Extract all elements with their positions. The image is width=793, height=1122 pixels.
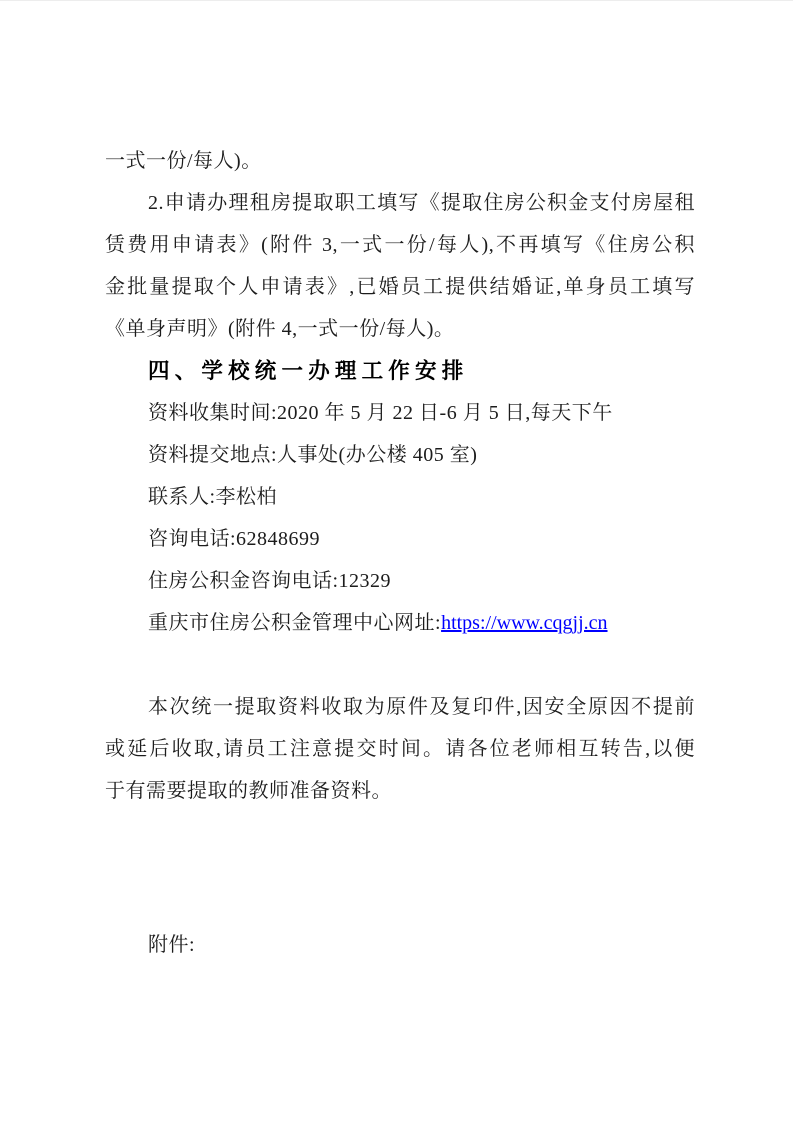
attachment-label: 附件: — [105, 924, 695, 966]
document-page: 一式一份/每人)。 2.申请办理租房提取职工填写《提取住房公积金支付房屋租 赁费… — [0, 0, 793, 1122]
blank-space — [105, 812, 695, 924]
info-submission-location: 资料提交地点:人事处(办公楼 405 室) — [105, 434, 695, 476]
info-contact-person: 联系人:李松柏 — [105, 476, 695, 518]
paragraph2-line3: 金批量提取个人申请表》,已婚员工提供结婚证,单身员工填写 — [105, 266, 695, 308]
cqgjj-website-link[interactable]: https://www.cqgjj.cn — [441, 612, 607, 634]
section-heading: 四、学校统一办理工作安排 — [105, 350, 695, 392]
info-collection-time: 资料收集时间:2020 年 5 月 22 日-6 月 5 日,每天下午 — [105, 392, 695, 434]
paragraph3-line3: 于有需要提取的教师准备资料。 — [105, 770, 695, 812]
blank-line — [105, 644, 695, 686]
paragraph3-line2: 或延后收取,请员工注意提交时间。请各位老师相互转告,以便 — [105, 728, 695, 770]
paragraph1-continuation-line: 一式一份/每人)。 — [105, 140, 695, 182]
paragraph2-line1: 2.申请办理租房提取职工填写《提取住房公积金支付房屋租 — [105, 182, 695, 224]
paragraph2-line2: 赁费用申请表》(附件 3,一式一份/每人),不再填写《住房公积 — [105, 224, 695, 266]
info-website-line: 重庆市住房公积金管理中心网址:https://www.cqgjj.cn — [105, 602, 695, 644]
paragraph3-line1: 本次统一提取资料收取为原件及复印件,因安全原因不提前 — [105, 686, 695, 728]
info-fund-hotline: 住房公积金咨询电话:12329 — [105, 560, 695, 602]
paragraph2-line4: 《单身声明》(附件 4,一式一份/每人)。 — [105, 308, 695, 350]
info-website-label: 重庆市住房公积金管理中心网址: — [148, 612, 441, 634]
document-content: 一式一份/每人)。 2.申请办理租房提取职工填写《提取住房公积金支付房屋租 赁费… — [105, 140, 695, 966]
info-consult-phone: 咨询电话:62848699 — [105, 518, 695, 560]
